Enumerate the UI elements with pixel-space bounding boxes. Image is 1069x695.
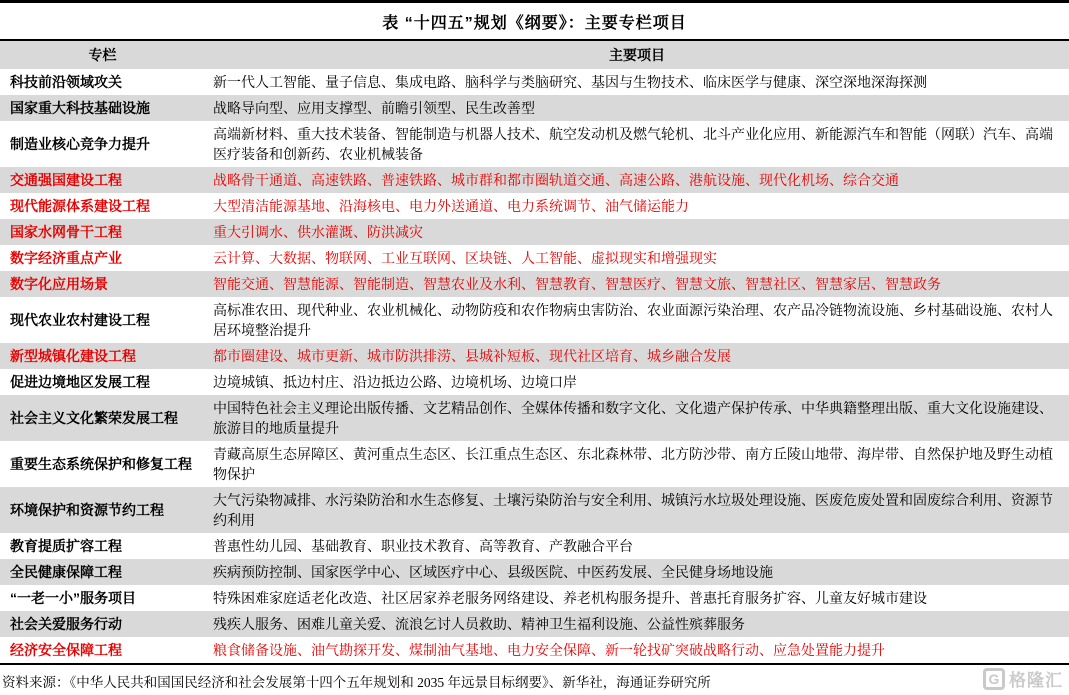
column-name-cell: 促进边境地区发展工程 [0, 369, 205, 395]
projects-cell: 疾病预防控制、国家医学中心、区域医疗中心、县级医院、中医药发展、全民健身场地设施 [205, 559, 1069, 585]
table-row: 教育提质扩容工程 普惠性幼儿园、基础教育、职业技术教育、高等教育、产教融合平台 [0, 533, 1069, 559]
column-name-cell: 国家水网骨干工程 [0, 219, 205, 245]
header-column: 专栏 [0, 41, 205, 69]
table-row: 促进边境地区发展工程 边境城镇、抵边村庄、沿边抵边公路、边境机场、边境口岸 [0, 369, 1069, 395]
report-table-page: 表 “十四五”规划《纲要》：主要专栏项目 专栏 主要项目 科技前沿领域攻关 新一… [0, 0, 1069, 695]
plan-projects-table: 专栏 主要项目 科技前沿领域攻关 新一代人工智能、量子信息、集成电路、脑科学与类… [0, 39, 1069, 665]
table-header-row: 专栏 主要项目 [0, 41, 1069, 69]
table-row: 数字经济重点产业 云计算、大数据、物联网、工业互联网、区块链、人工智能、虚拟现实… [0, 245, 1069, 271]
table-row: 现代能源体系建设工程 大型清洁能源基地、沿海核电、电力外送通道、电力系统调节、油… [0, 193, 1069, 219]
projects-cell: 粮食储备设施、油气勘探开发、煤制油气基地、电力安全保障、新一轮找矿突破战略行动、… [205, 637, 1069, 663]
column-name-cell: 经济安全保障工程 [0, 637, 205, 663]
column-name-cell: 制造业核心竞争力提升 [0, 131, 205, 157]
table-row: 科技前沿领域攻关 新一代人工智能、量子信息、集成电路、脑科学与类脑研究、基因与生… [0, 69, 1069, 95]
column-name-cell: 现代能源体系建设工程 [0, 193, 205, 219]
gelonghui-watermark: G 格隆汇 [983, 666, 1063, 691]
column-name-cell: “一老一小”服务项目 [0, 585, 205, 611]
table-row: 社会关爱服务行动 残疾人服务、困难儿童关爱、流浪乞讨人员救助、精神卫生福利设施、… [0, 611, 1069, 637]
column-name-cell: 新型城镇化建设工程 [0, 343, 205, 369]
table-row: 国家水网骨干工程 重大引调水、供水灌溉、防洪减灾 [0, 219, 1069, 245]
column-name-cell: 数字化应用场景 [0, 271, 205, 297]
projects-cell: 新一代人工智能、量子信息、集成电路、脑科学与类脑研究、基因与生物技术、临床医学与… [205, 69, 1069, 95]
table-row: 新型城镇化建设工程 都市圈建设、城市更新、城市防洪排涝、县城补短板、现代社区培育… [0, 343, 1069, 369]
table-row: 现代农业农村建设工程 高标准农田、现代种业、农业机械化、动物防疫和农作物病虫害防… [0, 297, 1069, 343]
table-body: 科技前沿领域攻关 新一代人工智能、量子信息、集成电路、脑科学与类脑研究、基因与生… [0, 69, 1069, 663]
table-row: “一老一小”服务项目 特殊困难家庭适老化改造、社区居家养老服务网络建设、养老机构… [0, 585, 1069, 611]
projects-cell: 中国特色社会主义理论出版传播、文艺精品创作、全媒体传播和数字文化、文化遗产保护传… [205, 395, 1069, 441]
projects-cell: 战略导向型、应用支撑型、前瞻引领型、民生改善型 [205, 95, 1069, 121]
table-row: 社会主义文化繁荣发展工程 中国特色社会主义理论出版传播、文艺精品创作、全媒体传播… [0, 395, 1069, 441]
table-row: 国家重大科技基础设施 战略导向型、应用支撑型、前瞻引领型、民生改善型 [0, 95, 1069, 121]
projects-cell: 青藏高原生态屏障区、黄河重点生态区、长江重点生态区、东北森林带、北方防沙带、南方… [205, 441, 1069, 487]
column-name-cell: 科技前沿领域攻关 [0, 69, 205, 95]
column-name-cell: 全民健康保障工程 [0, 559, 205, 585]
projects-cell: 都市圈建设、城市更新、城市防洪排涝、县城补短板、现代社区培育、城乡融合发展 [205, 343, 1069, 369]
table-row: 环境保护和资源节约工程 大气污染物减排、水污染防治和水生态修复、土壤污染防治与安… [0, 487, 1069, 533]
projects-cell: 残疾人服务、困难儿童关爱、流浪乞讨人员救助、精神卫生福利设施、公益性殡葬服务 [205, 611, 1069, 637]
column-name-cell: 社会主义文化繁荣发展工程 [0, 405, 205, 431]
table-row: 交通强国建设工程 战略骨干通道、高速铁路、普速铁路、城市群和都市圈轨道交通、高速… [0, 167, 1069, 193]
source-note: 资料来源：《中华人民共和国国民经济和社会发展第十四个五年规划和 2035 年远景… [0, 665, 1069, 691]
column-name-cell: 数字经济重点产业 [0, 245, 205, 271]
column-name-cell: 交通强国建设工程 [0, 167, 205, 193]
projects-cell: 战略骨干通道、高速铁路、普速铁路、城市群和都市圈轨道交通、高速公路、港航设施、现… [205, 167, 1069, 193]
projects-cell: 重大引调水、供水灌溉、防洪减灾 [205, 219, 1069, 245]
header-projects: 主要项目 [205, 41, 1069, 69]
projects-cell: 边境城镇、抵边村庄、沿边抵边公路、边境机场、边境口岸 [205, 369, 1069, 395]
projects-cell: 高端新材料、重大技术装备、智能制造与机器人技术、航空发动机及燃气轮机、北斗产业化… [205, 121, 1069, 167]
column-name-cell: 重要生态系统保护和修复工程 [0, 451, 205, 477]
table-row: 数字化应用场景 智能交通、智慧能源、智能制造、智慧农业及水利、智慧教育、智慧医疗… [0, 271, 1069, 297]
column-name-cell: 社会关爱服务行动 [0, 611, 205, 637]
column-name-cell: 现代农业农村建设工程 [0, 307, 205, 333]
column-name-cell: 教育提质扩容工程 [0, 533, 205, 559]
projects-cell: 特殊困难家庭适老化改造、社区居家养老服务网络建设、养老机构服务提升、普惠托育服务… [205, 585, 1069, 611]
projects-cell: 大型清洁能源基地、沿海核电、电力外送通道、电力系统调节、油气储运能力 [205, 193, 1069, 219]
projects-cell: 云计算、大数据、物联网、工业互联网、区块链、人工智能、虚拟现实和增强现实 [205, 245, 1069, 271]
projects-cell: 普惠性幼儿园、基础教育、职业技术教育、高等教育、产教融合平台 [205, 533, 1069, 559]
gelonghui-logo-icon: G [983, 668, 1005, 690]
table-row: 全民健康保障工程 疾病预防控制、国家医学中心、区域医疗中心、县级医院、中医药发展… [0, 559, 1069, 585]
projects-cell: 大气污染物减排、水污染防治和水生态修复、土壤污染防治与安全利用、城镇污水垃圾处理… [205, 487, 1069, 533]
projects-cell: 高标准农田、现代种业、农业机械化、动物防疫和农作物病虫害防治、农业面源污染治理、… [205, 297, 1069, 343]
table-row: 制造业核心竞争力提升 高端新材料、重大技术装备、智能制造与机器人技术、航空发动机… [0, 121, 1069, 167]
table-row: 重要生态系统保护和修复工程 青藏高原生态屏障区、黄河重点生态区、长江重点生态区、… [0, 441, 1069, 487]
table-title: 表 “十四五”规划《纲要》：主要专栏项目 [0, 0, 1069, 39]
column-name-cell: 环境保护和资源节约工程 [0, 497, 205, 523]
projects-cell: 智能交通、智慧能源、智能制造、智慧农业及水利、智慧教育、智慧医疗、智慧文旅、智慧… [205, 271, 1069, 297]
gelonghui-watermark-text: 格隆汇 [1009, 666, 1063, 691]
table-row: 经济安全保障工程 粮食储备设施、油气勘探开发、煤制油气基地、电力安全保障、新一轮… [0, 637, 1069, 663]
column-name-cell: 国家重大科技基础设施 [0, 95, 205, 121]
